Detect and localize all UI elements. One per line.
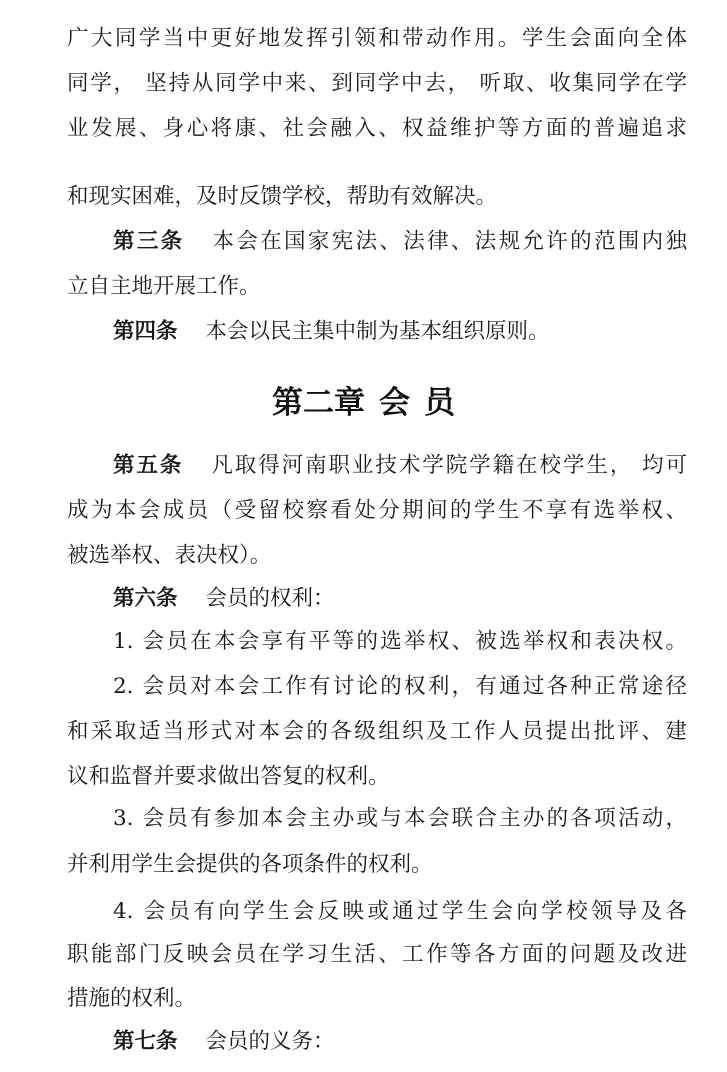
list-item-2: 2. 会员对本会工作有讨论的权利，有通过各种正常途径 bbox=[113, 672, 687, 702]
paragraph-line: 措施的权利。 bbox=[67, 984, 687, 1014]
article-7-intro: 会员的义务： bbox=[206, 1029, 335, 1054]
list-item-3: 3. 会员有参加本会主办或与本会联合主办的各项活动， bbox=[113, 804, 687, 834]
article-5: 第五条凡取得河南职业技术学院学籍在校学生， 均可 bbox=[113, 451, 687, 481]
paragraph-line: 并利用学生会提供的各项条件的权利。 bbox=[67, 850, 687, 880]
list-item-1: 1. 会员在本会享有平等的选举权、被选举权和表决权。 bbox=[113, 627, 687, 657]
article-3-text: 本会在国家宪法、法律、法规允许的范围内独 bbox=[213, 229, 687, 254]
paragraph-line: 广大同学当中更好地发挥引领和带动作用。学生会面向全体 bbox=[67, 24, 687, 54]
chapter-title: 第二章会员 bbox=[0, 383, 727, 423]
list-item-4: 4. 会员有向学生会反映或通过学生会向学校领导及各 bbox=[113, 897, 687, 927]
article-3-label: 第三条 bbox=[113, 229, 185, 254]
paragraph-line: 和现实困难，及时反馈学校，帮助有效解决。 bbox=[67, 182, 687, 212]
paragraph-line: 立自主地开展工作。 bbox=[67, 272, 687, 302]
article-6: 第六条会员的权利： bbox=[113, 584, 687, 614]
chapter-number: 第二章 bbox=[272, 385, 365, 421]
document-page: 广大同学当中更好地发挥引领和带动作用。学生会面向全体 同学， 坚持从同学中来、到… bbox=[0, 0, 727, 1072]
paragraph-line: 业发展、身心将康、社会融入、权益维护等方面的普遍追求 bbox=[67, 114, 687, 144]
chapter-name-2: 员 bbox=[424, 385, 455, 421]
article-7: 第七条会员的义务： bbox=[113, 1027, 687, 1057]
paragraph-line: 被选举权、表决权）。 bbox=[67, 541, 687, 571]
paragraph-line: 成为本会成员（受留校察看处分期间的学生不享有选举权、 bbox=[67, 496, 687, 526]
paragraph-line: 职能部门反映会员在学习生活、工作等各方面的问题及改进 bbox=[67, 940, 687, 970]
article-4-text: 本会以民主集中制为基本组织原则。 bbox=[206, 319, 550, 344]
article-6-intro: 会员的权利： bbox=[206, 586, 335, 611]
paragraph-line: 和采取适当形式对本会的各级组织及工作人员提出批评、建 bbox=[67, 717, 687, 747]
article-4-label: 第四条 bbox=[113, 319, 178, 344]
article-4: 第四条本会以民主集中制为基本组织原则。 bbox=[113, 317, 687, 347]
paragraph-line: 议和监督并要求做出答复的权利。 bbox=[67, 762, 687, 792]
article-7-label: 第七条 bbox=[113, 1029, 178, 1054]
chapter-name-1: 会 bbox=[379, 385, 410, 421]
article-5-text: 凡取得河南职业技术学院学籍在校学生， 均可 bbox=[211, 453, 687, 478]
article-3: 第三条本会在国家宪法、法律、法规允许的范围内独 bbox=[113, 227, 687, 257]
article-6-label: 第六条 bbox=[113, 586, 178, 611]
paragraph-line: 同学， 坚持从同学中来、到同学中去， 听取、收集同学在学 bbox=[67, 69, 687, 99]
article-5-label: 第五条 bbox=[113, 453, 183, 478]
